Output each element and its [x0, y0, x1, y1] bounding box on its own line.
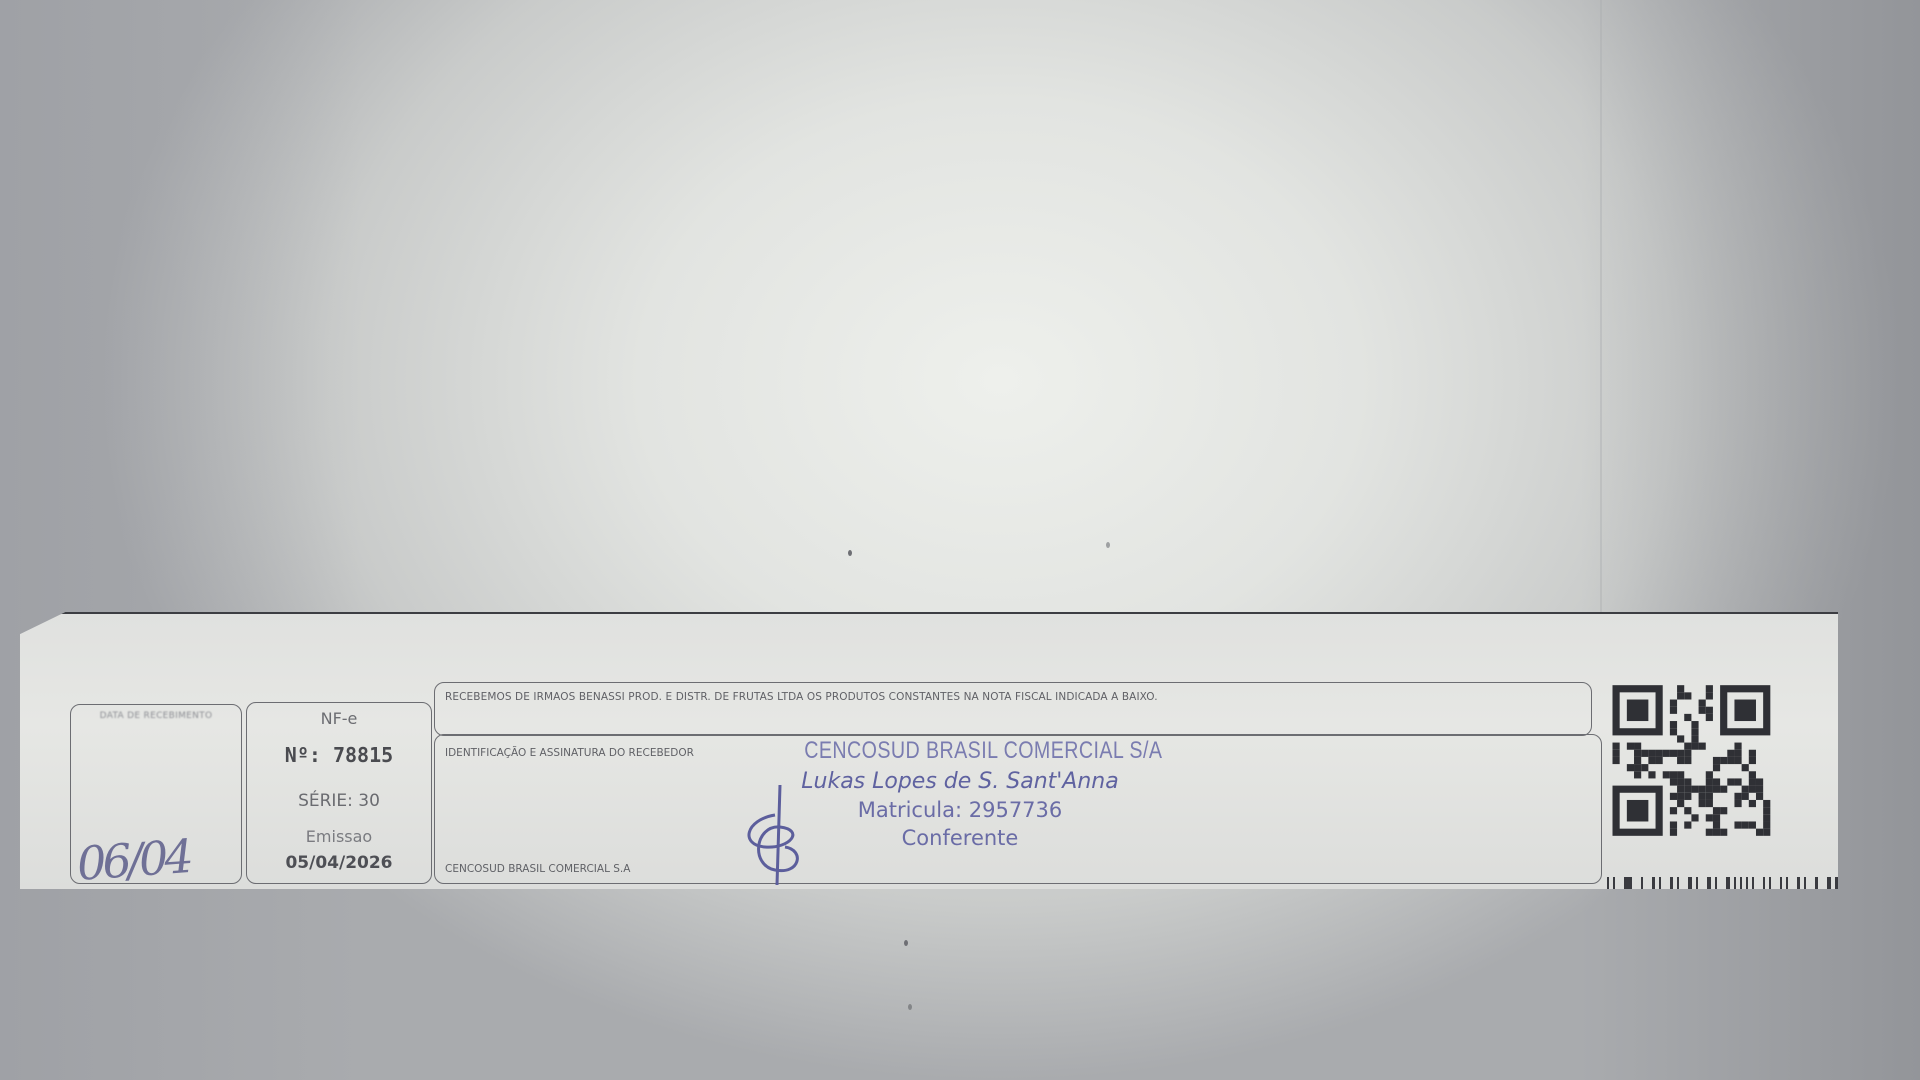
nfe-serie-label: SÉRIE:: [298, 791, 353, 811]
qr-code-icon: [1605, 678, 1785, 843]
nfe-serie-value: 30: [358, 791, 380, 811]
identification-label: IDENTIFICAÇÃO E ASSINATURA DO RECEBEDOR: [445, 747, 694, 759]
receipt-message-box: RECEBEMOS DE IRMAOS BENASSI PROD. E DIST…: [434, 682, 1592, 736]
nfe-box: NF-e Nº: 78815 SÉRIE: 30 Emissao 05/04/2…: [246, 702, 432, 884]
recipient-company: CENCOSUD BRASIL COMERCIAL S.A: [445, 863, 630, 875]
nfe-title: NF-e: [247, 709, 431, 728]
nfe-number-value: 78815: [333, 743, 393, 767]
paper-speck: [848, 550, 852, 556]
stamp-company: CENCOSUD BRASIL COMERCIAL S/A: [804, 737, 1116, 765]
paper-speck: [1106, 542, 1110, 548]
nfe-number: Nº: 78815: [247, 743, 431, 767]
receiver-stamp: CENCOSUD BRASIL COMERCIAL S/A Lukas Lope…: [770, 737, 1150, 850]
receipt-message: RECEBEMOS DE IRMAOS BENASSI PROD. E DIST…: [445, 691, 1158, 703]
received-date-label: DATA DE RECEBIMENTO: [71, 711, 241, 721]
received-date-box: DATA DE RECEBIMENTO 06/04: [70, 704, 242, 884]
paper-fold-line: [1600, 0, 1602, 620]
receipt-stub: DATA DE RECEBIMENTO 06/04 NF-e Nº: 78815…: [20, 612, 1838, 889]
nfe-serie: SÉRIE: 30: [247, 791, 431, 811]
handwritten-date: 06/04: [75, 829, 191, 891]
stamp-registration: Matricula: 2957736: [770, 798, 1150, 822]
recipient-identification-box: IDENTIFICAÇÃO E ASSINATURA DO RECEBEDOR …: [434, 734, 1602, 884]
paper-speck: [908, 1004, 912, 1010]
stamp-role: Conferente: [770, 826, 1150, 850]
nfe-number-label: Nº:: [285, 743, 321, 767]
paper-shadow-right: [1580, 0, 1920, 1080]
paper-shadow-left: [0, 0, 360, 1080]
nfe-emission-label: Emissao: [247, 827, 431, 846]
paper-speck: [904, 940, 908, 946]
stamp-name: Lukas Lopes de S. Sant'Anna: [770, 769, 1150, 794]
nfe-emission-date: 05/04/2026: [247, 853, 431, 873]
